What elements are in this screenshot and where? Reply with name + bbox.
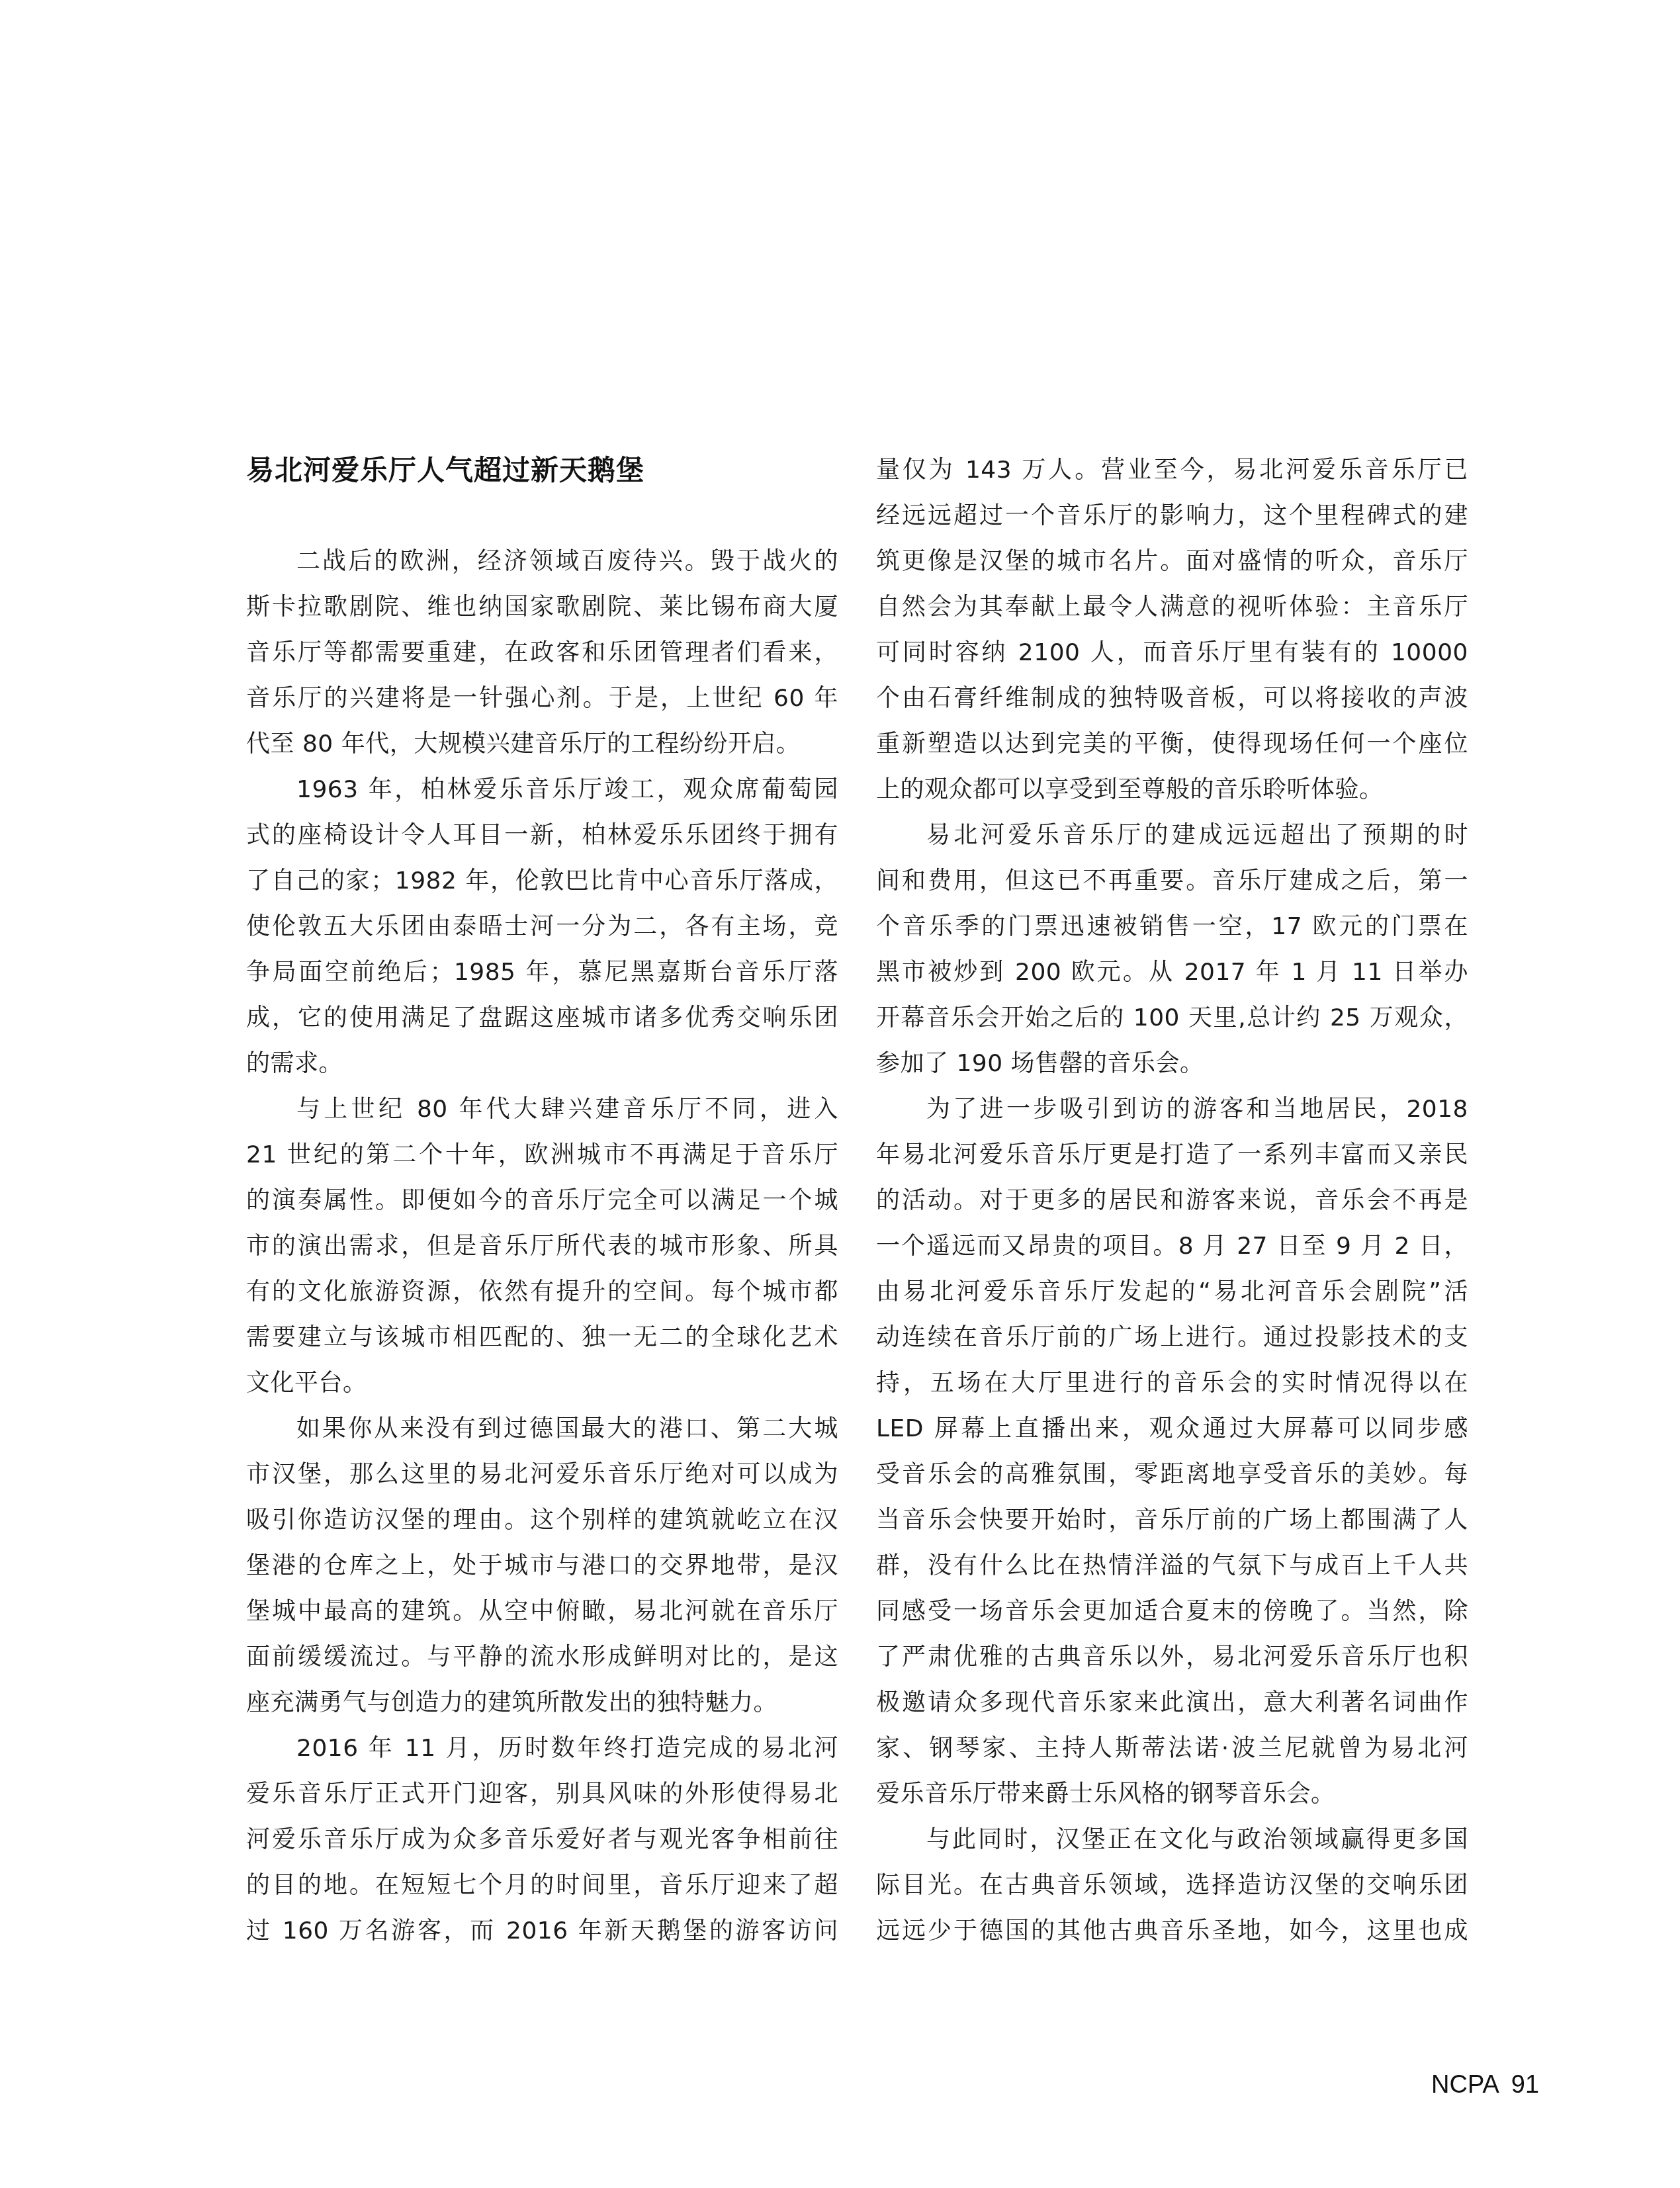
text-line: 市汉堡，那么这里的易北河爱乐音乐厅绝对可以成为 [246, 1452, 838, 1497]
text-line: 开幕音乐会开始之后的 100 天里,总计约 25 万观众， [876, 995, 1468, 1041]
text-line: 易北河爱乐音乐厅的建成远远超出了预期的时 [876, 812, 1468, 858]
text-line: 个音乐季的门票迅速被销售一空，17 欧元的门票在 [876, 904, 1468, 949]
text-line: 自然会为其奉献上最令人满意的视听体验：主音乐厅 [876, 584, 1468, 630]
page-footer: NCPA91 [1431, 2071, 1539, 2099]
text-line: 堡城中最高的建筑。从空中俯瞰，易北河就在音乐厅 [246, 1589, 838, 1634]
text-line: 远远少于德国的其他古典音乐圣地，如今，这里也成 [876, 1908, 1468, 1954]
text-line: 间和费用，但这已不再重要。音乐厅建成之后，第一 [876, 858, 1468, 904]
text-line: 如果你从来没有到过德国最大的港口、第二大城 [246, 1406, 838, 1452]
text-line: 爱乐音乐厅带来爵士乐风格的钢琴音乐会。 [876, 1771, 1468, 1817]
text-line: 筑更像是汉堡的城市名片。面对盛情的听众，音乐厅 [876, 539, 1468, 584]
text-line: 重新塑造以达到完美的平衡，使得现场任何一个座位 [876, 721, 1468, 767]
text-line: 同感受一场音乐会更加适合夏末的傍晚了。当然，除 [876, 1589, 1468, 1634]
right-column: 量仅为 143 万人。营业至今，易北河爱乐音乐厅已经远远超过一个音乐厅的影响力，… [876, 447, 1468, 1954]
text-line: 使伦敦五大乐团由泰晤士河一分为二，各有主场，竞 [246, 904, 838, 949]
text-line: 一个遥远而又昂贵的项目。8 月 27 日至 9 月 2 日， [876, 1223, 1468, 1269]
text-line: 与上世纪 80 年代大肆兴建音乐厅不同，进入 [246, 1086, 838, 1132]
text-line: 成，它的使用满足了盘踞这座城市诸多优秀交响乐团 [246, 995, 838, 1041]
text-line: 个由石膏纤维制成的独特吸音板，可以将接收的声波 [876, 676, 1468, 721]
left-column-body: 二战后的欧洲，经济领域百废待兴。毁于战火的斯卡拉歌剧院、维也纳国家歌剧院、莱比锡… [246, 539, 838, 1954]
text-line: 年易北河爱乐音乐厅更是打造了一系列丰富而又亲民 [876, 1132, 1468, 1178]
text-line: 1963 年，柏林爱乐音乐厅竣工，观众席葡萄园 [246, 767, 838, 812]
text-line: 黑市被炒到 200 欧元。从 2017 年 1 月 11 日举办 [876, 949, 1468, 995]
text-line: 持，五场在大厅里进行的音乐会的实时情况得以在 [876, 1360, 1468, 1406]
text-line: 式的座椅设计令人耳目一新，柏林爱乐乐团终于拥有 [246, 812, 838, 858]
text-line: 上的观众都可以享受到至尊般的音乐聆听体验。 [876, 767, 1468, 812]
text-line: 吸引你造访汉堡的理由。这个别样的建筑就屹立在汉 [246, 1497, 838, 1543]
text-line: 21 世纪的第二个十年，欧洲城市不再满足于音乐厅 [246, 1132, 838, 1178]
text-line: 群，没有什么比在热情洋溢的气氛下与成百上千人共 [876, 1543, 1468, 1589]
text-line: 的需求。 [246, 1041, 838, 1086]
text-line: 代至 80 年代，大规模兴建音乐厅的工程纷纷开启。 [246, 721, 838, 767]
heading-spacer [246, 493, 838, 539]
text-line: 爱乐音乐厅正式开门迎客，别具风味的外形使得易北 [246, 1771, 838, 1817]
right-column-body: 量仅为 143 万人。营业至今，易北河爱乐音乐厅已经远远超过一个音乐厅的影响力，… [876, 447, 1468, 1954]
text-line: 争局面空前绝后；1985 年，慕尼黑嘉斯台音乐厅落 [246, 949, 838, 995]
page-number: 91 [1511, 2071, 1539, 2099]
text-line: 需要建立与该城市相匹配的、独一无二的全球化艺术 [246, 1315, 838, 1360]
text-line: 与此同时，汉堡正在文化与政治领域赢得更多国 [876, 1817, 1468, 1862]
text-line: 参加了 190 场售罄的音乐会。 [876, 1041, 1468, 1086]
text-line: 音乐厅等都需要重建，在政客和乐团管理者们看来， [246, 630, 838, 676]
text-line: 河爱乐音乐厅成为众多音乐爱好者与观光客争相前往 [246, 1817, 838, 1862]
text-line: 堡港的仓库之上，处于城市与港口的交界地带，是汉 [246, 1543, 838, 1589]
text-line: 音乐厅的兴建将是一针强心剂。于是，上世纪 60 年 [246, 676, 838, 721]
text-line: LED 屏幕上直播出来，观众通过大屏幕可以同步感 [876, 1406, 1468, 1452]
text-line: 极邀请众多现代音乐家来此演出，意大利著名词曲作 [876, 1680, 1468, 1726]
article-heading: 易北河爱乐厅人气超过新天鹅堡 [246, 447, 838, 493]
text-line: 座充满勇气与创造力的建筑所散发出的独特魅力。 [246, 1680, 838, 1726]
text-line: 量仅为 143 万人。营业至今，易北河爱乐音乐厅已 [876, 447, 1468, 493]
text-line: 由易北河爱乐音乐厅发起的“易北河音乐会剧院”活 [876, 1269, 1468, 1315]
text-line: 当音乐会快要开始时，音乐厅前的广场上都围满了人 [876, 1497, 1468, 1543]
left-column: 易北河爱乐厅人气超过新天鹅堡 二战后的欧洲，经济领域百废待兴。毁于战火的斯卡拉歌… [246, 447, 838, 1954]
text-line: 了自己的家；1982 年，伦敦巴比肯中心音乐厅落成， [246, 858, 838, 904]
text-line: 二战后的欧洲，经济领域百废待兴。毁于战火的 [246, 539, 838, 584]
text-line: 受音乐会的高雅氛围，零距离地享受音乐的美妙。每 [876, 1452, 1468, 1497]
text-line: 面前缓缓流过。与平静的流水形成鲜明对比的，是这 [246, 1634, 838, 1680]
text-line: 2016 年 11 月，历时数年终打造完成的易北河 [246, 1726, 838, 1771]
text-line: 过 160 万名游客，而 2016 年新天鹅堡的游客访问 [246, 1908, 838, 1954]
text-line: 可同时容纳 2100 人，而音乐厅里有装有的 10000 [876, 630, 1468, 676]
text-line: 际目光。在古典音乐领域，选择造访汉堡的交响乐团 [876, 1862, 1468, 1908]
text-line: 经远远超过一个音乐厅的影响力，这个里程碑式的建 [876, 493, 1468, 539]
text-line: 有的文化旅游资源，依然有提升的空间。每个城市都 [246, 1269, 838, 1315]
text-line: 市的演出需求，但是音乐厅所代表的城市形象、所具 [246, 1223, 838, 1269]
publication-name: NCPA [1431, 2071, 1499, 2099]
text-line: 的目的地。在短短七个月的时间里，音乐厅迎来了超 [246, 1862, 838, 1908]
text-line: 为了进一步吸引到访的游客和当地居民，2018 [876, 1086, 1468, 1132]
text-line: 家、钢琴家、主持人斯蒂法诺·波兰尼就曾为易北河 [876, 1726, 1468, 1771]
text-line: 的活动。对于更多的居民和游客来说，音乐会不再是 [876, 1178, 1468, 1223]
text-line: 斯卡拉歌剧院、维也纳国家歌剧院、莱比锡布商大厦 [246, 584, 838, 630]
text-line: 了严肃优雅的古典音乐以外，易北河爱乐音乐厅也积 [876, 1634, 1468, 1680]
text-line: 文化平台。 [246, 1360, 838, 1406]
text-line: 的演奏属性。即便如今的音乐厅完全可以满足一个城 [246, 1178, 838, 1223]
text-line: 动连续在音乐厅前的广场上进行。通过投影技术的支 [876, 1315, 1468, 1360]
